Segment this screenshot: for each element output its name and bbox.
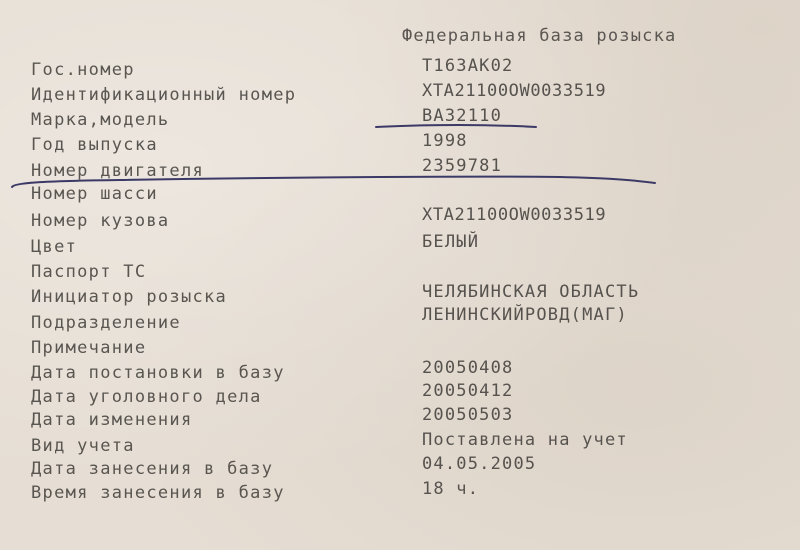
field-row-date-added: Дата постановки в базу 20050408: [0, 361, 800, 386]
field-row-entry-time: Время занесения в базу 18 ч.: [0, 483, 800, 508]
field-value: 20050412: [422, 381, 513, 401]
field-value: Т163АК02: [422, 56, 513, 76]
field-value: 04.05.2005: [422, 454, 536, 474]
field-row-vin: Идентификационный номер XTA21100OW003351…: [0, 81, 800, 106]
field-row-vehicle-passport: Паспорт ТС: [0, 260, 800, 285]
field-label: Номер шасси: [31, 184, 158, 204]
field-row-criminal-case-date: Дата уголовного дела 20050412: [0, 386, 800, 411]
field-label: Дата изменения: [31, 410, 193, 430]
field-label: Примечание: [31, 338, 146, 358]
field-label: Номер кузова: [31, 211, 169, 231]
field-label: Дата занесения в базу: [31, 459, 273, 479]
field-value: 20050408: [422, 358, 513, 378]
field-value: Поставлена на учет: [422, 430, 628, 450]
field-value: XTA21100OW0033519: [422, 205, 606, 225]
field-row-record-type: Вид учета Поставлена на учет: [0, 436, 800, 461]
field-value: БЕЛЫЙ: [422, 232, 479, 252]
field-label: Время занесения в базу: [31, 483, 285, 503]
printed-document: Федеральная база розыска Гос.номер Т163А…: [0, 0, 800, 550]
field-value: 20050503: [422, 405, 513, 425]
field-row-search-initiator: Инициатор розыска ЧЕЛЯБИНСКАЯ ОБЛАСТЬ: [0, 285, 800, 310]
field-row-chassis-number: Номер шасси: [0, 184, 800, 209]
field-row-year: Год выпуска 1998: [0, 131, 800, 156]
field-value: XTA21100OW0033519: [422, 81, 606, 101]
field-label: Цвет: [31, 237, 77, 257]
field-row-note: Примечание: [0, 336, 800, 361]
field-row-modified-date: Дата изменения 20050503: [0, 410, 800, 435]
field-label: Инициатор розыска: [31, 287, 227, 307]
field-value: 1998: [422, 131, 468, 151]
field-label: Номер двигателя: [31, 161, 204, 181]
field-value: 2359781: [422, 156, 502, 176]
field-value: ЛЕНИНСКИЙРОВД(МАГ): [422, 305, 628, 325]
field-label: Дата постановки в базу: [31, 363, 285, 383]
field-row-color: Цвет БЕЛЫЙ: [0, 235, 800, 260]
field-row-make-model: Марка,модель ВА32110: [0, 106, 800, 131]
field-label: Подразделение: [31, 313, 181, 333]
field-row-engine-number: Номер двигателя 2359781: [0, 156, 800, 181]
field-label: Дата уголовного дела: [31, 387, 262, 407]
field-label: Марка,модель: [31, 110, 169, 130]
field-row-entry-date: Дата занесения в базу 04.05.2005: [0, 459, 800, 484]
field-row-department: Подразделение ЛЕНИНСКИЙРОВД(МАГ): [0, 311, 800, 336]
field-row-body-number: Номер кузова XTA21100OW0033519: [0, 209, 800, 234]
field-value: ВА32110: [422, 106, 502, 126]
field-value: ЧЕЛЯБИНСКАЯ ОБЛАСТЬ: [422, 282, 639, 302]
document-title: Федеральная база розыска: [402, 26, 676, 46]
field-label: Год выпуска: [31, 135, 158, 155]
field-label: Вид учета: [31, 436, 135, 456]
field-label: Паспорт ТС: [31, 262, 146, 282]
field-row-plate-number: Гос.номер Т163АК02: [0, 56, 800, 81]
field-label: Гос.номер: [31, 60, 135, 80]
field-label: Идентификационный номер: [31, 85, 296, 105]
field-value: 18 ч.: [422, 479, 479, 499]
